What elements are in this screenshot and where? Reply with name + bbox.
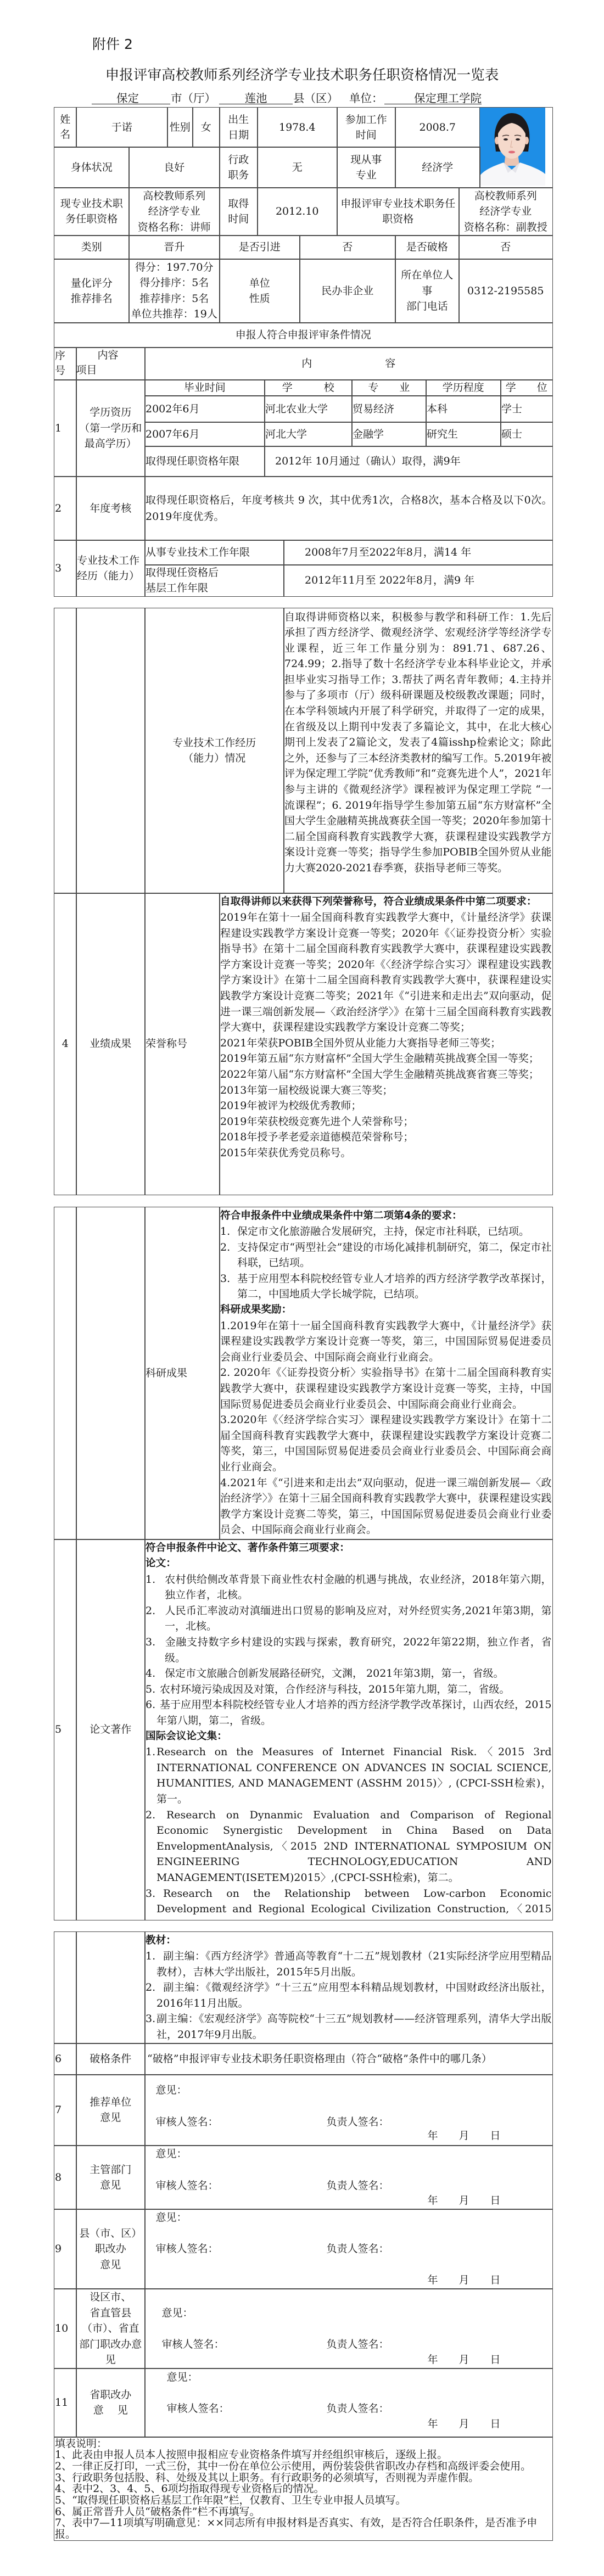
leader-signature-label: 负责人签名： xyxy=(327,2114,389,2130)
experience-detail-label: 专业技术工作经历 （能力）情况 xyxy=(144,608,284,894)
empty-cell xyxy=(54,608,77,894)
applied-qualification-label: 申报评审专业技术职务任 职资格 xyxy=(337,187,460,236)
annual-review-content: 取得现任职资格后，年度考核共 9 次，其中优秀1次，合格8次，基本合格及以下0次… xyxy=(146,492,552,525)
honors-cell: 自取得讲师以来获得下列荣誉称号，符合业绩成果条件中第二项要求： 2019年在第十… xyxy=(219,893,553,1195)
textbook-item: 1.副主编：《西方经济学》普通高等教育“十二五”规划教材（21实际经济学应用型精… xyxy=(146,1948,552,1980)
edu-row-2-degree: 硕士 xyxy=(500,422,553,447)
leader-signature-label: 负责人签名： xyxy=(327,2241,389,2256)
work-years-label: 从事专业技术工作年限 xyxy=(144,540,284,565)
instruction-item: 5、“取得现任职资格后基层工作年限”栏，仅教育、卫生专业申报人员填写。 xyxy=(55,2495,552,2506)
honor-item: 2021年荣获POBIB全国外贸从业能力大赛指导老师三等奖； xyxy=(220,1035,552,1051)
birth-date-label: 出生 日期 xyxy=(219,107,258,148)
opinion-label: 意见： xyxy=(156,2146,187,2161)
leader-signature-label: 负责人签名： xyxy=(327,2178,389,2193)
tenure-value: 2012年 10月通过（确认）取得，满9年 xyxy=(264,446,553,477)
reviewer-signature-label: 审核人签名： xyxy=(167,2401,230,2416)
row-no-9: 9 xyxy=(54,2209,77,2289)
edu-col-major: 专 业 xyxy=(351,379,427,396)
col-header-item-bottom: 项目 xyxy=(76,363,97,378)
birth-date-value: 1978.4 xyxy=(257,107,338,148)
row-no-3: 3 xyxy=(54,540,77,597)
page-title: 申报评审高校教师系列经济学专业技术职务任职资格情况一览表 xyxy=(0,67,604,83)
item-text: 人民币汇率波动对滇缅进出口贸易的影响及应对，对外经贸实务,2021年第3期，第一… xyxy=(165,1605,552,1633)
paper-item: 5.农村环境污染成因及对策，合作经济与科技，2015年第九期，第二，省级。 xyxy=(146,1682,552,1698)
county-office-opinion-cell: 意见： 审核人签名： 负责人签名： 年 月 日 xyxy=(144,2209,553,2289)
edu-row-1-level: 本科 xyxy=(426,395,501,423)
reviewer-signature-label: 审核人签名： xyxy=(156,2178,219,2193)
item-text: 副主编：《宏观经济学》高等院校“十三五”规划教材——经济管理系列，清华大学出版社… xyxy=(156,2013,552,2041)
exceptional-label: 是否破格 xyxy=(395,235,460,260)
exceptional-conditions-label: 破格条件 xyxy=(76,2043,146,2075)
instruction-item: 1、此表由申报人员本人按照申报相应专业资格条件填写并经组织审核后，逐级上报。 xyxy=(55,2449,552,2461)
research-award-item: 1.2019年在第十一届全国商科教育实践教学大赛中，《计量经济学》获课程建设实践… xyxy=(220,1318,552,1365)
leader-signature-label: 负责人签名： xyxy=(327,2401,389,2416)
item-text: 农村供给侧改革背景下商业性农村金融的机遇与挑战，农业经济，2018年第六期，独立… xyxy=(165,1573,552,1601)
item-number: 3. xyxy=(146,1634,165,1650)
research-award-item: 3.2020年《〈经济学综合实习〉课程建设实践教学方案设计》在第十二届全国商科教… xyxy=(220,1412,552,1475)
leader-signature-label: 负责人签名： xyxy=(327,2337,389,2352)
paper-item: 2.人民币汇率波动对滇缅进出口贸易的影响及应对，对外经贸实务,2021年第3期，… xyxy=(146,1603,552,1634)
qualification-table-page-1: 姓 名 于诺 性别 女 出生 日期 1978.4 参加工作 时间 2008.7 … xyxy=(54,107,553,597)
introduced-value: 否 xyxy=(299,235,396,260)
opinion-label: 意见： xyxy=(156,2210,187,2225)
publications-label: 论文著作 xyxy=(76,1539,146,1920)
category-label: 类别 xyxy=(54,235,130,260)
instruction-item: 4、表中2、3、4、5、6项均指取得现专业资格后的情况。 xyxy=(55,2483,552,2495)
obtained-time-label: 取得 时间 xyxy=(219,187,258,236)
opinion-label: 意见： xyxy=(162,2305,193,2321)
lips xyxy=(508,151,515,154)
textbook-item: 2.副主编：《微观经济学》“十三五”应用型本科精品规划教材，中国财政经济出版社，… xyxy=(146,1980,552,2011)
gender-value: 女 xyxy=(192,107,220,148)
edu-row-2-major: 金融学 xyxy=(351,422,427,447)
hr-phone-label: 所在单位人 事 部门电话 xyxy=(395,259,460,323)
honor-item: 2022年第八届“东方财富杯”全国大学生金融精英挑战赛省赛三等奖； xyxy=(220,1067,552,1083)
opinion-label: 意见： xyxy=(156,2082,187,2098)
row-no-11: 11 xyxy=(54,2368,77,2438)
edu-row-1-degree: 学士 xyxy=(500,395,553,423)
honor-item: 2019年被评为校级优秀教师； xyxy=(220,1098,552,1114)
edu-col-school: 学 校 xyxy=(264,379,353,396)
col-header-content: 内 容 xyxy=(144,347,553,380)
conference-paper-item: 2.Research on Dynanmic Evaluation and Co… xyxy=(146,1807,552,1886)
reviewer-signature-label: 审核人签名： xyxy=(156,2241,219,2256)
item-number: 2. xyxy=(220,1240,237,1256)
research-project-item: 1.保定市文化旅游融合发展研究，主持，保定市社科联，已结项。 xyxy=(220,1224,552,1240)
recommending-unit-opinion-label: 推荐单位 意见 xyxy=(76,2074,146,2146)
admin-post-label: 行政 职务 xyxy=(219,147,258,188)
city-field: 保定 xyxy=(92,93,170,104)
item-text: 金融支持数字乡村建设的实践与探索，教育研究，2022年第22期，独立作者，省级。 xyxy=(165,1636,552,1664)
unit-nature-value: 民办非企业 xyxy=(299,259,396,323)
reviewer-signature-label: 审核人签名： xyxy=(156,2114,219,2130)
county-field: 莲池 xyxy=(219,93,293,104)
work-start-value: 2008.7 xyxy=(395,107,480,148)
item-number: 3. xyxy=(220,1271,237,1287)
item-text: Research on the Measures of Internet Fin… xyxy=(156,1746,552,1805)
city-office-opinion-label: 设区市、 省直管县 （市）、省直 部门职改办意 见 xyxy=(76,2288,146,2369)
item-number: 3. xyxy=(146,1886,163,1902)
research-label: 科研成果 xyxy=(144,1207,220,1540)
annual-review-label: 年度考核 xyxy=(76,476,146,541)
city-suffix: 市（厅） xyxy=(171,93,216,104)
supervisor-opinion-label: 主管部门 意见 xyxy=(76,2145,146,2210)
research-award-item: 2. 2020年《〈证券投资分析〉实验指导书》在第十二届全国商科教育实践教学大赛… xyxy=(220,1365,552,1412)
introduced-label: 是否引进 xyxy=(219,235,300,260)
filling-instructions: 填表说明： 1、此表由申报人员本人按照申报相应专业资格条件填写并经组织审核后，逐… xyxy=(54,2437,553,2541)
row-no-7: 7 xyxy=(54,2074,77,2146)
reviewer-signature-label: 审核人签名： xyxy=(162,2337,225,2352)
honor-item: 2013年第一届校级说课大赛三等奖； xyxy=(220,1083,552,1099)
grassroots-years-label: 取得现任资格后 基层工作年限 xyxy=(144,564,284,597)
eye-right xyxy=(516,138,520,141)
item-text: Research on the Relationship between Low… xyxy=(156,1888,552,1920)
tenure-label: 取得现任职资格年限 xyxy=(144,446,265,477)
row-no-8: 8 xyxy=(54,2145,77,2210)
item-text: 农村环境污染成因及对策，合作经济与科技，2015年第九期，第二，省级。 xyxy=(160,1683,510,1695)
research-cell: 符合申报条件中业绩成果条件中第二项第4条的要求： 1.保定市文化旅游融合发展研究… xyxy=(219,1207,553,1540)
col-header-item: 内容 项目 xyxy=(76,347,146,380)
edu-row-1-major: 贸易经济 xyxy=(351,395,427,423)
research-award-item: 4.2021年《“引进来和走出去”双向驱动，促进一课三端创新发展—〈政治经济学〉… xyxy=(220,1475,552,1538)
instruction-item: 6、属正常晋升人员“破格条件”栏不再填写。 xyxy=(55,2506,552,2518)
obtained-time-value: 2012.10 xyxy=(257,187,338,236)
edu-row-2-graduation: 2007年6月 xyxy=(144,422,265,447)
item-number: 4. xyxy=(146,1666,165,1682)
row-no-2: 2 xyxy=(54,476,77,541)
research-awards-heading: 科研成果奖励： xyxy=(220,1302,552,1318)
exceptional-value: 否 xyxy=(458,235,553,260)
conditions-section-title: 申报人符合申报评审条件情况 xyxy=(54,322,553,348)
honor-item: 2015年荣获优秀党员称号。 xyxy=(220,1145,552,1161)
conference-heading: 国际会议论文集： xyxy=(146,1729,552,1745)
experience-label: 专业技术工作 经历（能力） xyxy=(76,540,146,597)
item-text: 基于应用型本科院校经管专业人才培养的西方经济学教学改革探讨，山西农经，2015年… xyxy=(156,1699,552,1727)
item-text: 保定市文旅融合创新发展路径研究，文渊， 2021年第3期，第一，省级。 xyxy=(165,1667,504,1679)
current-specialty-label: 现从事 专业 xyxy=(337,147,396,188)
item-text: 保定市文化旅游融合发展研究，主持，保定市社科联，已结项。 xyxy=(237,1225,529,1237)
applied-qualification-value: 高校教师系列 经济学专业 资格名称：副教授 xyxy=(458,187,553,236)
honors-label: 荣誉称号 xyxy=(144,893,220,1195)
item-text: 副主编：《微观经济学》“十三五”应用型本科精品规划教材，中国财政经济出版社，20… xyxy=(156,1981,552,2009)
health-label: 身体状况 xyxy=(54,147,130,188)
admin-post-value: 无 xyxy=(257,147,338,188)
research-project-item: 3.基于应用型本科院校经管专业人才培养的西方经济学教学改革探讨，第二，中国地质大… xyxy=(220,1271,552,1302)
exceptional-conditions-content: “破格”申报评审专业技术职务任职资格理由（符合“破格”条件中的哪几条） xyxy=(144,2043,553,2075)
col-header-item-top: 内容 xyxy=(98,348,119,363)
name-value: 于诺 xyxy=(76,107,168,148)
edu-col-degree: 学 位 xyxy=(500,379,553,396)
textbooks-heading: 教材： xyxy=(146,1933,552,1949)
edu-row-1-school: 河北农业大学 xyxy=(264,395,353,423)
empty-cell xyxy=(76,608,146,894)
unit-nature-label: 单位 性质 xyxy=(219,259,300,323)
col-header-no: 序 号 xyxy=(54,347,77,380)
item-number: 6. xyxy=(146,1697,160,1713)
qualification-table-page-2: 专业技术工作经历 （能力）情况 自取得讲师资格以来，积极参与教学和科研工作：1.… xyxy=(54,608,553,1195)
current-specialty-value: 经济学 xyxy=(395,147,480,188)
conference-paper-item: 1.Research on the Measures of Internet F… xyxy=(146,1744,552,1807)
item-number: 1. xyxy=(146,1572,165,1588)
current-qualification-value: 高校教师系列 经济学专业 资格名称：讲师 xyxy=(128,187,220,236)
row-no-10: 10 xyxy=(54,2288,77,2369)
education-label: 学历资历 （第一学历和 最高学历） xyxy=(76,379,146,477)
attachment-label: 附件 2 xyxy=(92,36,133,53)
item-number: 2. xyxy=(146,1603,165,1619)
instructions-title: 填表说明： xyxy=(55,2438,552,2450)
item-number: 2. xyxy=(146,1980,163,1996)
achievements-label: 业绩成果 xyxy=(76,893,146,1195)
current-qualification-label: 现专业技术职 务任职资格 xyxy=(54,187,130,236)
papers-heading: 论文： xyxy=(146,1556,552,1572)
item-text: 支持保定市“两型社会”建设的市场化减排机制研究，第二，保定市社科联，已结项。 xyxy=(237,1241,552,1269)
qualification-table-page-3: 科研成果 符合申报条件中业绩成果条件中第二项第4条的要求： 1.保定市文化旅游融… xyxy=(54,1207,553,1920)
name-label: 姓 名 xyxy=(54,107,77,148)
gender-label: 性别 xyxy=(167,107,193,148)
date-label: 年 月 日 xyxy=(428,2193,501,2208)
annual-review-cell: 取得现任职资格后，年度考核共 9 次，其中优秀1次，合格8次，基本合格及以下0次… xyxy=(144,476,553,541)
research-heading: 符合申报条件中业绩成果条件中第二项第4条的要求： xyxy=(220,1208,552,1224)
row-no-6: 6 xyxy=(54,2043,77,2075)
textbook-item: 3.副主编：《宏观经济学》高等院校“十三五”规划教材——经济管理系列，清华大学出… xyxy=(146,2011,552,2042)
instruction-item: 2、一律正反打印，一式三份，其中一份在单位公示使用，两份装袋供省职改办存档和高级… xyxy=(55,2461,552,2472)
honor-item: 2019年荣获校级竞赛先进个人荣誉称号； xyxy=(220,1114,552,1130)
provincial-office-opinion-label: 省职改办 意 见 xyxy=(76,2368,146,2438)
applicant-photo xyxy=(480,108,545,186)
empty-cell xyxy=(54,1207,77,1540)
date-label: 年 月 日 xyxy=(428,2272,501,2288)
work-years-value: 2008年7月至2022年8月，满14 年 xyxy=(283,540,553,565)
paper-item: 6.基于应用型本科院校经管专业人才培养的西方经济学教学改革探讨，山西农经，201… xyxy=(146,1697,552,1728)
recommending-unit-opinion-cell: 意见： 审核人签名： 负责人签名： 年 月 日 xyxy=(144,2074,553,2146)
instruction-item: 3、行政职务包括股、科、处级及其以上职务。有行政职务的必须填写，否则视为弄虚作假… xyxy=(55,2472,552,2484)
honors-summary: 2019年在第十一届全国商科教育实践教学大赛中，《计量经济学》获课程建设实践教学… xyxy=(220,910,552,1035)
empty-cell xyxy=(76,1931,146,2044)
research-project-item: 2.支持保定市“两型社会”建设的市场化减排机制研究，第二，保定市社科联，已结项。 xyxy=(220,1240,552,1271)
county-office-opinion-label: 县（市、区） 职改办 意见 xyxy=(76,2209,146,2289)
unit-label: 单位： xyxy=(349,93,383,104)
item-number: 1. xyxy=(146,1948,163,1964)
county-suffix: 县（区） xyxy=(293,93,338,104)
item-number: 1. xyxy=(146,1744,156,1760)
publications-cell: 符合申报条件中论文、著作条件第三项要求： 论文： 1.农村供给侧改革背景下商业性… xyxy=(144,1539,553,1920)
honor-item: 2019年第五届“东方财富杯”全国大学生金融精英挑战赛全国一等奖； xyxy=(220,1051,552,1067)
honor-item: 2018年授予孝老爱亲道德模范荣誉称号； xyxy=(220,1129,552,1145)
item-number: 1. xyxy=(220,1224,237,1240)
edu-row-1-graduation: 2002年6月 xyxy=(144,395,265,423)
date-label: 年 月 日 xyxy=(428,2352,501,2367)
opinion-label: 意见： xyxy=(167,2370,198,2385)
paper-item: 3.金融支持数字乡村建设的实践与探索，教育研究，2022年第22期，独立作者，省… xyxy=(146,1634,552,1666)
date-label: 年 月 日 xyxy=(428,2416,501,2432)
publications-heading: 符合申报条件中论文、著作条件第三项要求： xyxy=(146,1541,552,1556)
textbooks-cell: 教材： 1.副主编：《西方经济学》普通高等教育“十二五”规划教材（21实际经济学… xyxy=(144,1931,553,2044)
provincial-office-opinion-cell: 意见： 审核人签名： 负责人签名： 年 月 日 xyxy=(144,2368,553,2438)
item-text: 副主编：《西方经济学》普通高等教育“十二五”规划教材（21实际经济学应用型精品教… xyxy=(156,1950,552,1978)
instruction-item: 7、表中7—11项填写明确意见：××同志所有申报材料是否真实、有效，是否符合任职… xyxy=(55,2517,552,2540)
hr-phone-value: 0312-2195585 xyxy=(458,259,553,323)
category-value: 晋升 xyxy=(128,235,220,260)
eye-left xyxy=(504,138,508,141)
health-value: 良好 xyxy=(128,147,220,188)
paper-item: 1.农村供给侧改革背景下商业性农村金融的机遇与挑战，农业经济，2018年第六期，… xyxy=(146,1572,552,1603)
row-no-5: 5 xyxy=(54,1539,77,1920)
edu-row-2-school: 河北大学 xyxy=(264,422,353,447)
grassroots-years-value: 2012年11月至 2022年8月，满9 年 xyxy=(283,564,553,597)
item-number: 3. xyxy=(146,2011,156,2027)
row-no-4: 4 xyxy=(54,893,77,1195)
item-number: 5. xyxy=(146,1682,160,1698)
item-text: 基于应用型本科院校经管专业人才培养的西方经济学教学改革探讨，第二，中国地质大学长… xyxy=(237,1273,552,1301)
edu-col-level: 学历程度 xyxy=(426,379,501,396)
experience-detail-cell: 自取得讲师资格以来，积极参与教学和科研工作：1.先后承担了西方经济学、微观经济学… xyxy=(283,608,553,894)
photo-cell xyxy=(479,107,553,188)
conference-paper-item: 3.Research on the Relationship between L… xyxy=(146,1886,552,1920)
city-office-opinion-cell: 意见： 审核人签名： 负责人签名： 年 月 日 xyxy=(144,2288,553,2369)
empty-cell xyxy=(76,1207,146,1540)
item-number: 2. xyxy=(146,1807,166,1823)
qualification-table-page-4: 教材： 1.副主编：《西方经济学》普通高等教育“十二五”规划教材（21实际经济学… xyxy=(54,1931,553,2541)
supervisor-opinion-cell: 意见： 审核人签名： 负责人签名： 年 月 日 xyxy=(144,2145,553,2210)
edu-col-graduation: 毕业时间 xyxy=(144,379,265,396)
empty-cell xyxy=(54,1931,77,2044)
paper-item: 4.保定市文旅融合创新发展路径研究，文渊， 2021年第3期，第一，省级。 xyxy=(146,1666,552,1682)
ranking-value: 得分：197.70分 得分排序：5名 推荐排序：5名 单位共推荐：19人 xyxy=(128,259,220,323)
date-label: 年 月 日 xyxy=(428,2128,501,2143)
item-text: Research on Dynanmic Evaluation and Comp… xyxy=(156,1809,552,1884)
unit-field: 保定理工学院 xyxy=(384,93,482,104)
experience-detail-text: 自取得讲师资格以来，积极参与教学和科研工作：1.先后承担了西方经济学、微观经济学… xyxy=(284,609,552,876)
row-no-1: 1 xyxy=(54,379,77,477)
edu-row-2-level: 研究生 xyxy=(426,422,501,447)
work-start-label: 参加工作 时间 xyxy=(337,107,396,148)
honors-heading: 自取得讲师以来获得下列荣誉称号，符合业绩成果条件中第二项要求： xyxy=(220,894,552,910)
ranking-label: 量化评分 推荐排名 xyxy=(54,259,130,323)
